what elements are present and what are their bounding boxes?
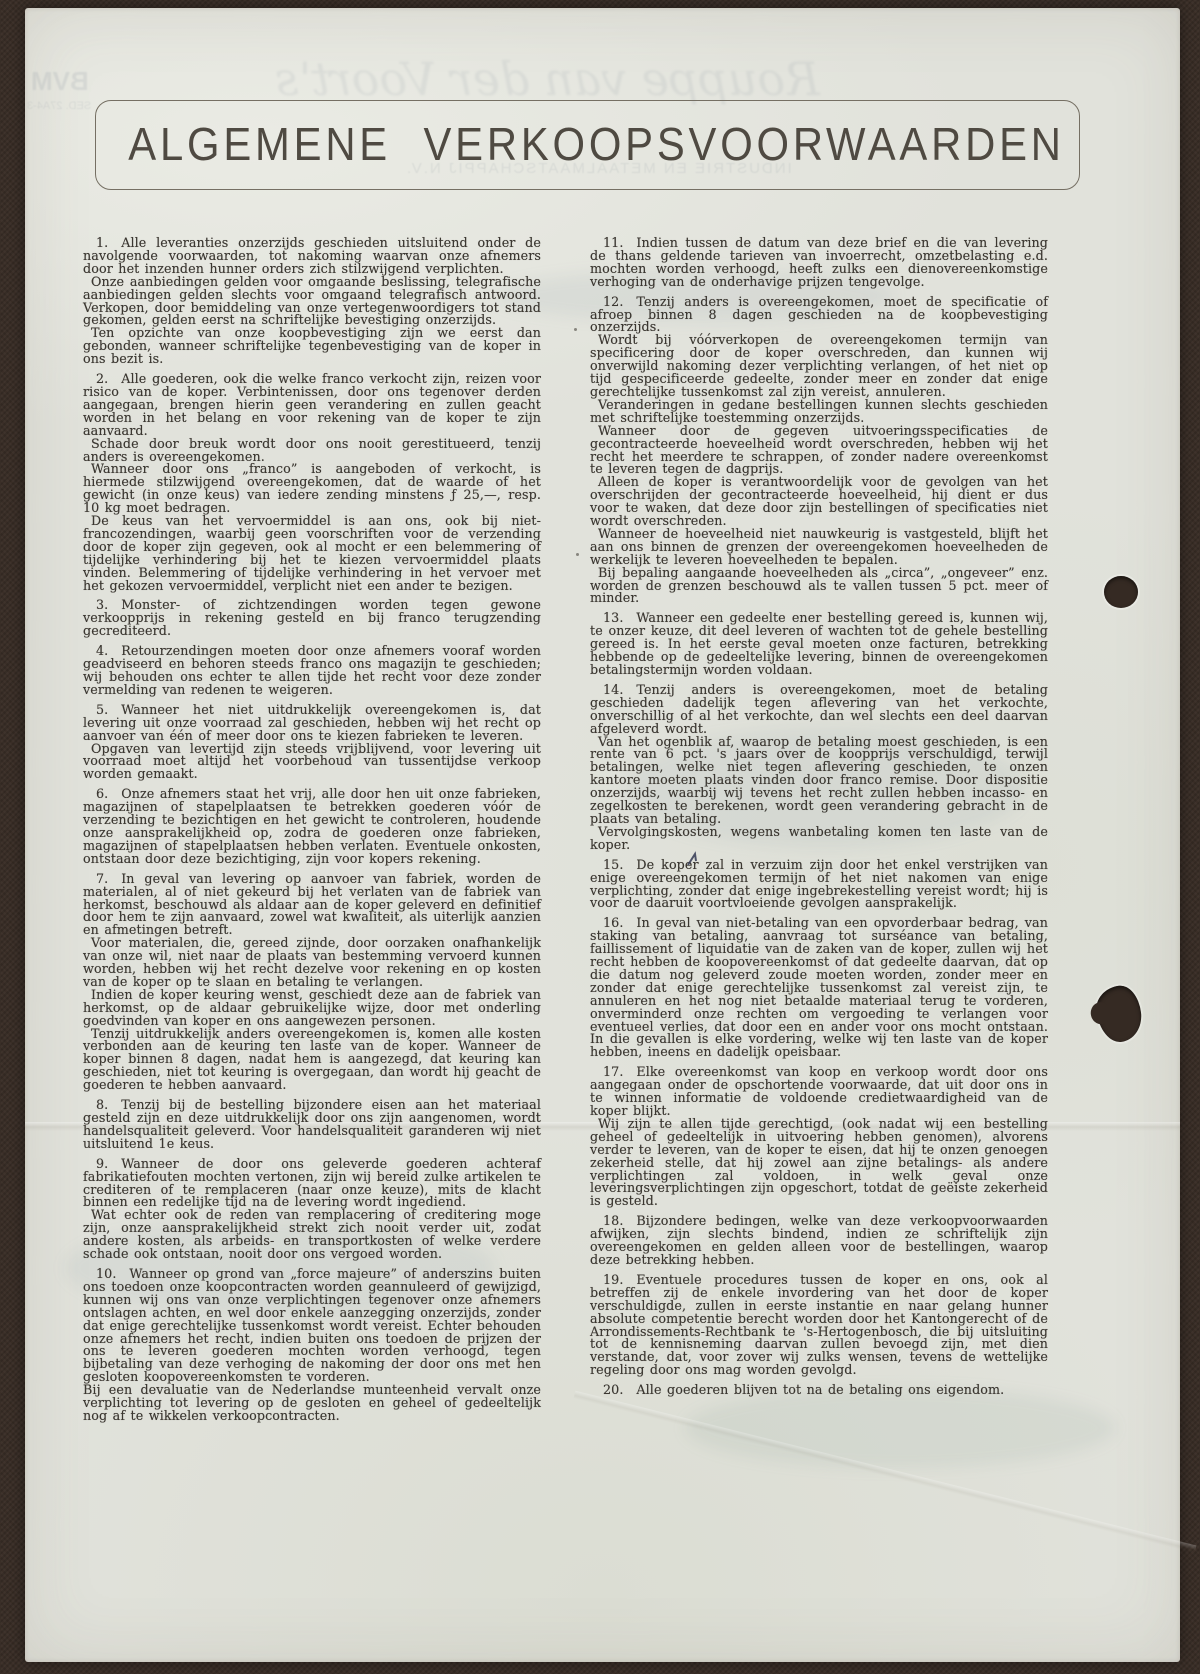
term-7-sub2: Indien de koper keuring wenst, geschiedt… (83, 989, 541, 1028)
term-1: 1. Alle leveranties onzerzijds geschiede… (83, 237, 541, 276)
term-7: 7. In geval van levering op aanvoer van … (83, 873, 541, 938)
term-5: 5. Wanneer het niet uitdrukkelijk overee… (83, 704, 541, 743)
term-17-sub1: Wij zijn te allen tijde gerechtigd, (ook… (590, 1118, 1048, 1208)
page-title: ALGEMENE VERKOOPSVOORWAARDEN (96, 119, 1065, 172)
term-17: 17. Elke overeenkomst van koop en verkoo… (590, 1066, 1048, 1118)
punch-hole-bottom-torn (1094, 984, 1144, 1045)
term-2-sub2: Wanneer door ons „franco” is aangeboden … (83, 463, 541, 515)
term-10: 10. Wanneer op grond van „force majeure”… (83, 1268, 541, 1384)
term-6: 6. Onze afnemers staat het vrij, alle do… (83, 788, 541, 865)
term-14-sub1: Van het ogenblik af, waarop de betaling … (590, 736, 1048, 826)
term-12-sub3: Wanneer door de gegeven uitvoeringsspeci… (590, 425, 1048, 477)
photo-background: Rouppe van der Voort's INDUSTRIE EN META… (0, 0, 1200, 1674)
term-2: 2. Alle goederen, ook die welke franco v… (83, 373, 541, 438)
term-5-sub1: Opgaven van levertijd zijn steeds vrijbl… (83, 743, 541, 782)
terms-column-right: 11. Indien tussen de datum van deze brie… (590, 230, 1048, 1397)
document-page: Rouppe van der Voort's INDUSTRIE EN META… (25, 8, 1180, 1662)
term-7-sub3: Tenzij uitdrukkelijk anders overeengekom… (83, 1028, 541, 1093)
term-13: 13. Wanneer een gedeelte ener bestelling… (590, 612, 1048, 677)
term-10-sub1: Bij een devaluatie van de Nederlandse mu… (83, 1384, 541, 1423)
term-2-sub3: De keus van het vervoermiddel is aan ons… (83, 515, 541, 592)
term-14: 14. Tenzij anders is overeengekomen, moe… (590, 684, 1048, 736)
bleed-through-company-script: Rouppe van der Voort's (275, 52, 820, 106)
term-7-sub1: Voor materialen, die, gereed zijnde, doo… (83, 937, 541, 989)
term-9-sub1: Wat echter ook de reden van remplacering… (83, 1209, 541, 1261)
term-12-sub6: Bij bepaling aangaande hoeveelheden als … (590, 567, 1048, 606)
ink-speck (574, 328, 577, 331)
term-1-sub2: Ten opzichte van onze koopbevestiging zi… (83, 327, 541, 366)
term-16: 16. In geval van niet-betaling van een o… (590, 917, 1048, 1059)
title-box: ALGEMENE VERKOOPSVOORWAARDEN (95, 100, 1080, 190)
term-1-sub1: Onze aanbiedingen gelden voor omgaande b… (83, 276, 541, 328)
term-12: 12. Tenzij anders is overeengekomen, moe… (590, 296, 1048, 335)
bleed-smudge (685, 1388, 1115, 1468)
term-12-sub2: Veranderingen in gedane bestellingen kun… (590, 399, 1048, 425)
term-18: 18. Bijzondere bedingen, welke van deze … (590, 1215, 1048, 1267)
ink-speck (576, 553, 579, 556)
term-12-sub4: Alleen de koper is verantwoordelijk voor… (590, 476, 1048, 528)
term-15: 15. De koper zal in verzuim zijn door he… (590, 859, 1048, 911)
term-20: 20. Alle goederen blijven tot na de beta… (590, 1384, 1048, 1397)
bleed-through-logo: BVM (31, 66, 89, 97)
terms-column-left: 1. Alle leveranties onzerzijds geschiede… (83, 230, 541, 1423)
bleed-through-logo-sub: SED. 27A4-3 (27, 100, 91, 112)
term-9: 9. Wanneer de door ons geleverde goedere… (83, 1158, 541, 1210)
pen-mark (685, 851, 703, 869)
term-11: 11. Indien tussen de datum van deze brie… (590, 237, 1048, 289)
term-8: 8. Tenzij bij de bestelling bijzondere e… (83, 1099, 541, 1151)
term-19: 19. Eventuele procedures tussen de koper… (590, 1274, 1048, 1377)
punch-hole-top (1104, 576, 1138, 608)
term-12-sub1: Wordt bij vóórverkopen de overeengekomen… (590, 334, 1048, 399)
term-4: 4. Retourzendingen moeten door onze afne… (83, 645, 541, 697)
term-14-sub2: Vervolgingskosten, wegens wanbetaling ko… (590, 826, 1048, 852)
term-12-sub5: Wanneer de hoeveelheid niet nauwkeurig i… (590, 528, 1048, 567)
term-2-sub1: Schade door breuk wordt door ons nooit g… (83, 438, 541, 464)
paper-crease (574, 1391, 1197, 1554)
term-3: 3. Monster- of zichtzendingen worden teg… (83, 599, 541, 638)
